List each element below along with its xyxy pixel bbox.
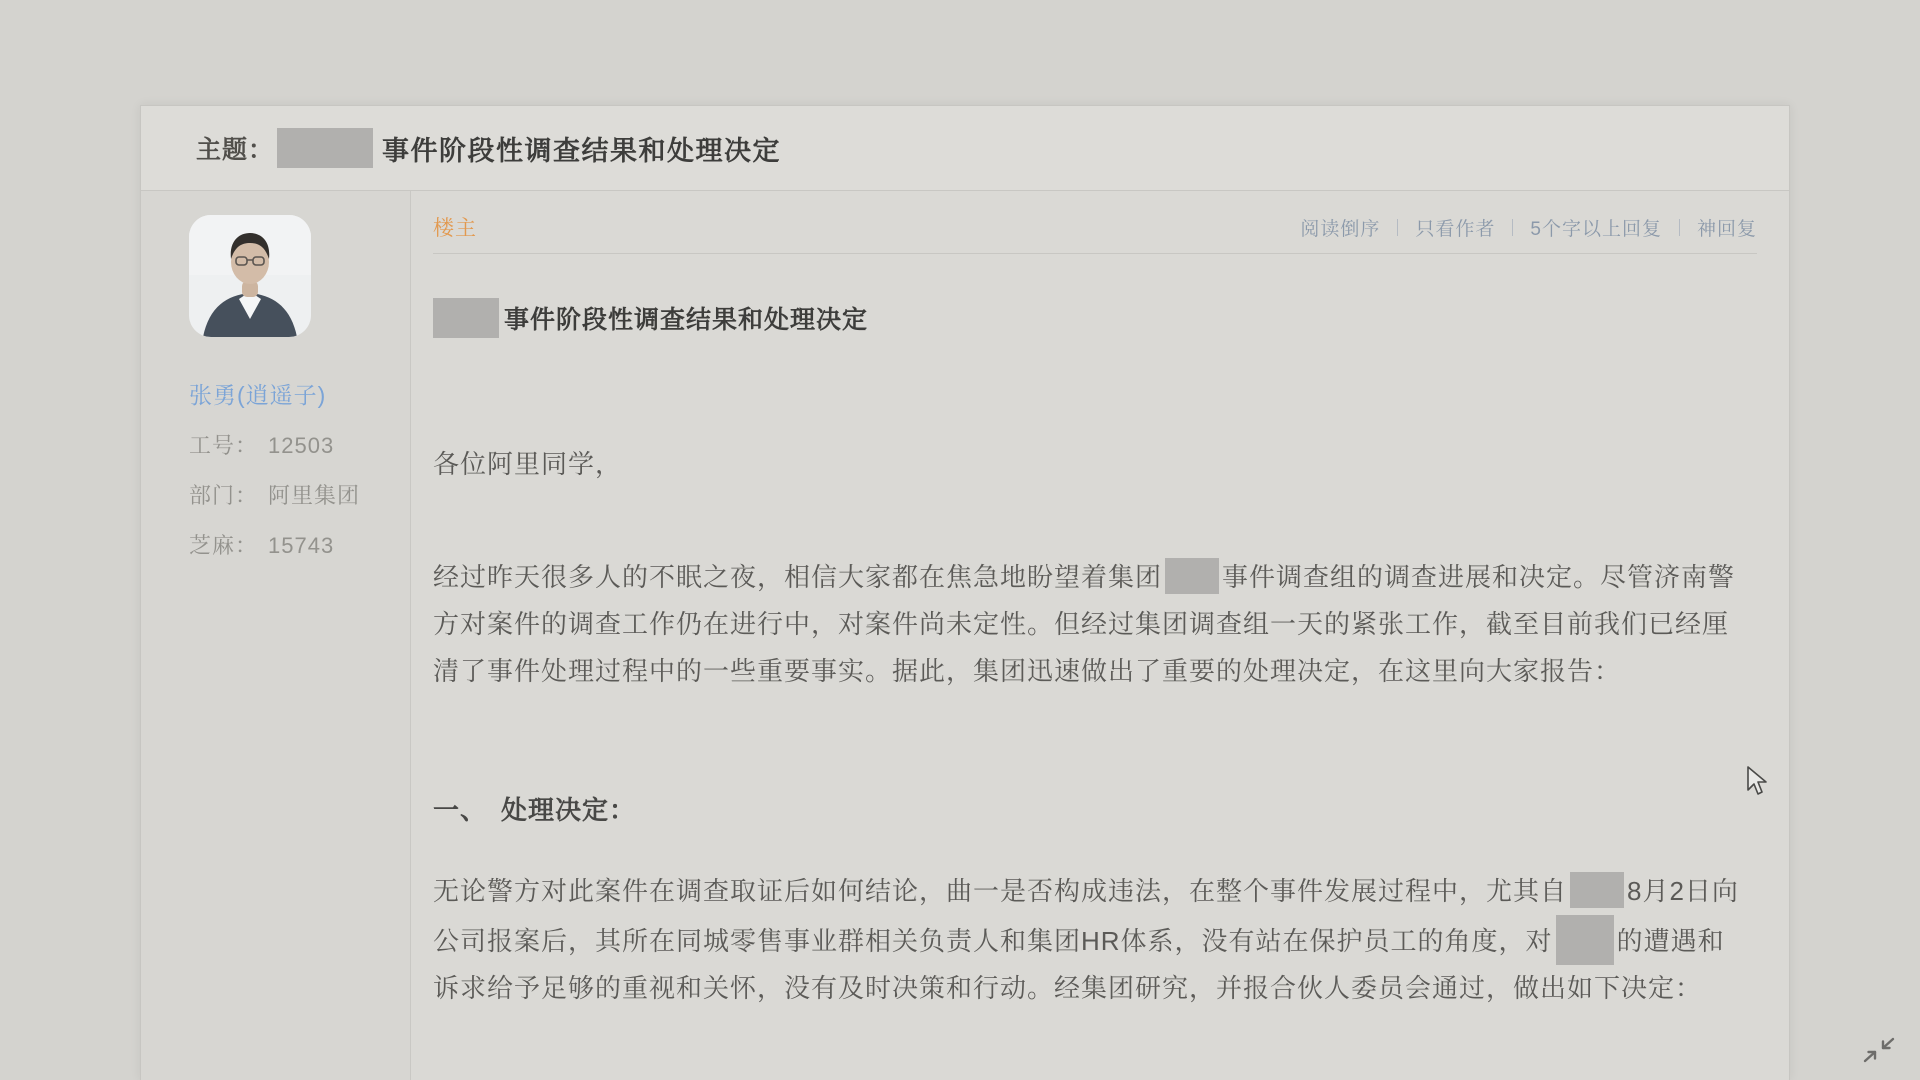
toolbar-link-author-only[interactable]: 只看作者	[1398, 214, 1512, 241]
redaction-box	[1165, 558, 1219, 594]
page-background: 主题： 事件阶段性调查结果和处理决定	[0, 0, 1920, 1080]
field-label: 工号：	[189, 433, 258, 458]
paragraph-text: 经过昨天很多人的不眠之夜，相信大家都在焦急地盼望着集团	[433, 562, 1162, 592]
field-value: 阿里集团	[268, 483, 360, 508]
avatar-portrait-graphic	[189, 215, 311, 337]
post-title-row: 事件阶段性调查结果和处理决定	[433, 298, 1757, 338]
avatar[interactable]	[189, 215, 311, 337]
redaction-box	[433, 298, 499, 338]
toolbar-link-five-char-replies[interactable]: 5个字以上回复	[1513, 214, 1679, 241]
author-field-department: 部门：阿里集团	[189, 479, 410, 510]
redaction-box	[1556, 915, 1614, 965]
post-meta-row: 楼主 阅读倒序 只看作者 5个字以上回复 神回复	[433, 215, 1757, 239]
post-body: 各位阿里同学， 经过昨天很多人的不眠之夜，相信大家都在焦急地盼望着集团事件调查组…	[433, 441, 1745, 1012]
toolbar-link-reading-order[interactable]: 阅读倒序	[1283, 214, 1397, 241]
post-paragraph-1: 经过昨天很多人的不眠之夜，相信大家都在焦急地盼望着集团事件调查组的调查进展和决定…	[433, 554, 1745, 695]
thread-card: 主题： 事件阶段性调查结果和处理决定	[140, 105, 1790, 1080]
post-toolbar: 阅读倒序 只看作者 5个字以上回复 神回复	[1283, 214, 1757, 241]
thread-title: 事件阶段性调查结果和处理决定	[382, 129, 781, 168]
author-field-employee-id: 工号：12503	[189, 429, 410, 460]
post-title: 事件阶段性调查结果和处理决定	[504, 300, 868, 336]
author-name-link[interactable]: 张勇(逍遥子)	[189, 377, 410, 410]
toolbar-link-best-replies[interactable]: 神回复	[1680, 214, 1757, 241]
section-heading-decision: 一、 处理决定：	[433, 787, 1745, 834]
field-value: 15743	[268, 533, 334, 558]
thread-header: 主题： 事件阶段性调查结果和处理决定	[141, 106, 1789, 191]
divider	[433, 253, 1757, 254]
field-label: 部门：	[189, 483, 258, 508]
paragraph-text: 无论警方对此案件在调查取证后如何结论，曲一是否构成违法，在整个事件发展过程中，尤…	[433, 876, 1567, 906]
exit-fullscreen-icon[interactable]	[1862, 1036, 1896, 1064]
field-value: 12503	[268, 433, 334, 458]
redaction-box	[277, 128, 373, 168]
redaction-box	[1570, 872, 1624, 908]
post-greeting: 各位阿里同学，	[433, 441, 1745, 488]
post-paragraph-2: 无论警方对此案件在调查取证后如何结论，曲一是否构成违法，在整个事件发展过程中，尤…	[433, 868, 1745, 1012]
topic-label: 主题：	[196, 130, 274, 166]
author-field-sesame: 芝麻：15743	[189, 529, 410, 560]
floor-badge: 楼主	[433, 212, 477, 242]
author-panel: 张勇(逍遥子) 工号：12503 部门：阿里集团 芝麻：15743	[141, 191, 411, 1080]
field-label: 芝麻：	[189, 533, 258, 558]
post-panel: 楼主 阅读倒序 只看作者 5个字以上回复 神回复 事件阶段性调查结果和处理决定	[411, 191, 1789, 1080]
